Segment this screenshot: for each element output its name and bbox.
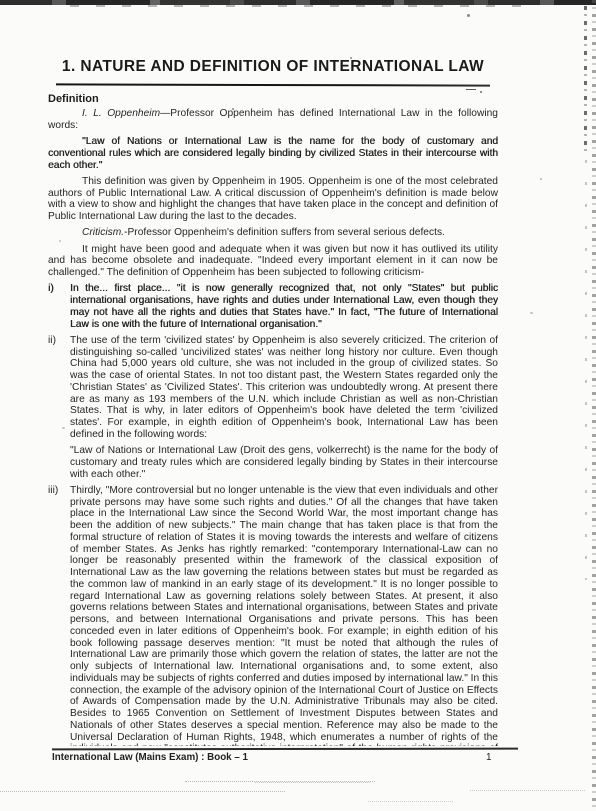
- scan-edge-artifact-right-outer: [592, 0, 596, 811]
- criticism-item-iii-number: iii): [48, 485, 70, 746]
- criticism-label-italic: Criticism.: [82, 227, 124, 238]
- scan-dotted-line-bottom-left: [0, 791, 285, 792]
- criticism-text: -Professor Oppenheim's definition suffer…: [124, 227, 445, 238]
- quote-oppenheim-definition: "Law of Nations or International Law is …: [48, 136, 498, 171]
- criticism-item-ii-body: The use of the term 'civilized states' b…: [70, 335, 498, 481]
- chapter-title: 1. NATURE AND DEFINITION OF INTERNATIONA…: [48, 58, 498, 76]
- scan-dotted-line-middle-2: [255, 782, 370, 783]
- criticism-item-iii: iii) Thirdly, "More controversial but no…: [48, 485, 498, 746]
- scan-edge-artifact-right-sparse: [585, 160, 587, 580]
- scan-dotted-line-bottom: [368, 801, 453, 802]
- scan-edge-artifact-right-dense: [584, 6, 587, 156]
- scan-edge-artifact-top-secondary: [70, 5, 530, 7]
- scan-speck: [467, 14, 470, 17]
- oppenheim-name-italic: I. L. Oppenheim: [82, 108, 160, 119]
- paragraph-criticism-lead: Criticism.-Professor Oppenheim's definit…: [48, 227, 498, 239]
- footer-page-number: 1: [486, 752, 492, 763]
- paragraph-definition-1905: This definition was given by Oppenheim i…: [48, 176, 498, 223]
- criticism-item-ii: ii) The use of the term 'civilized state…: [48, 335, 498, 481]
- criticism-item-i: i) In the... first place... "it is now g…: [48, 283, 498, 330]
- criticism-item-ii-quote: "Law of Nations or International Law (Dr…: [70, 445, 498, 480]
- criticism-item-i-number: i): [48, 283, 70, 330]
- criticism-item-ii-number: ii): [48, 335, 70, 481]
- criticism-item-iii-body: Thirdly, "More controversial but no long…: [70, 485, 498, 746]
- criticism-item-i-body: In the... first place... "it is now gene…: [70, 283, 498, 330]
- footer-divider: [52, 748, 518, 750]
- paragraph-criticism-intro: It might have been good and adequate whe…: [48, 244, 498, 279]
- footer-book-title: International Law (Mains Exam) : Book – …: [52, 752, 248, 763]
- scanned-book-page: 1. NATURE AND DEFINITION OF INTERNATIONA…: [0, 0, 596, 811]
- scan-speck: [530, 312, 533, 314]
- criticism-item-i-text: In the... first place... "it is now gene…: [70, 283, 498, 330]
- page-content: 1. NATURE AND DEFINITION OF INTERNATIONA…: [48, 46, 498, 746]
- criticism-item-iii-text: Thirdly, "More controversial but no long…: [70, 485, 498, 746]
- section-heading: Definition: [48, 93, 498, 105]
- scan-dotted-line-bottom-right: [470, 790, 585, 791]
- criticism-item-ii-text: The use of the term 'civilized states' b…: [70, 335, 498, 441]
- title-divider: [56, 83, 490, 86]
- paragraph-oppenheim-intro: I. L. Oppenheim—Professor Oppenheim has …: [48, 108, 498, 132]
- scan-speck: [540, 178, 542, 180]
